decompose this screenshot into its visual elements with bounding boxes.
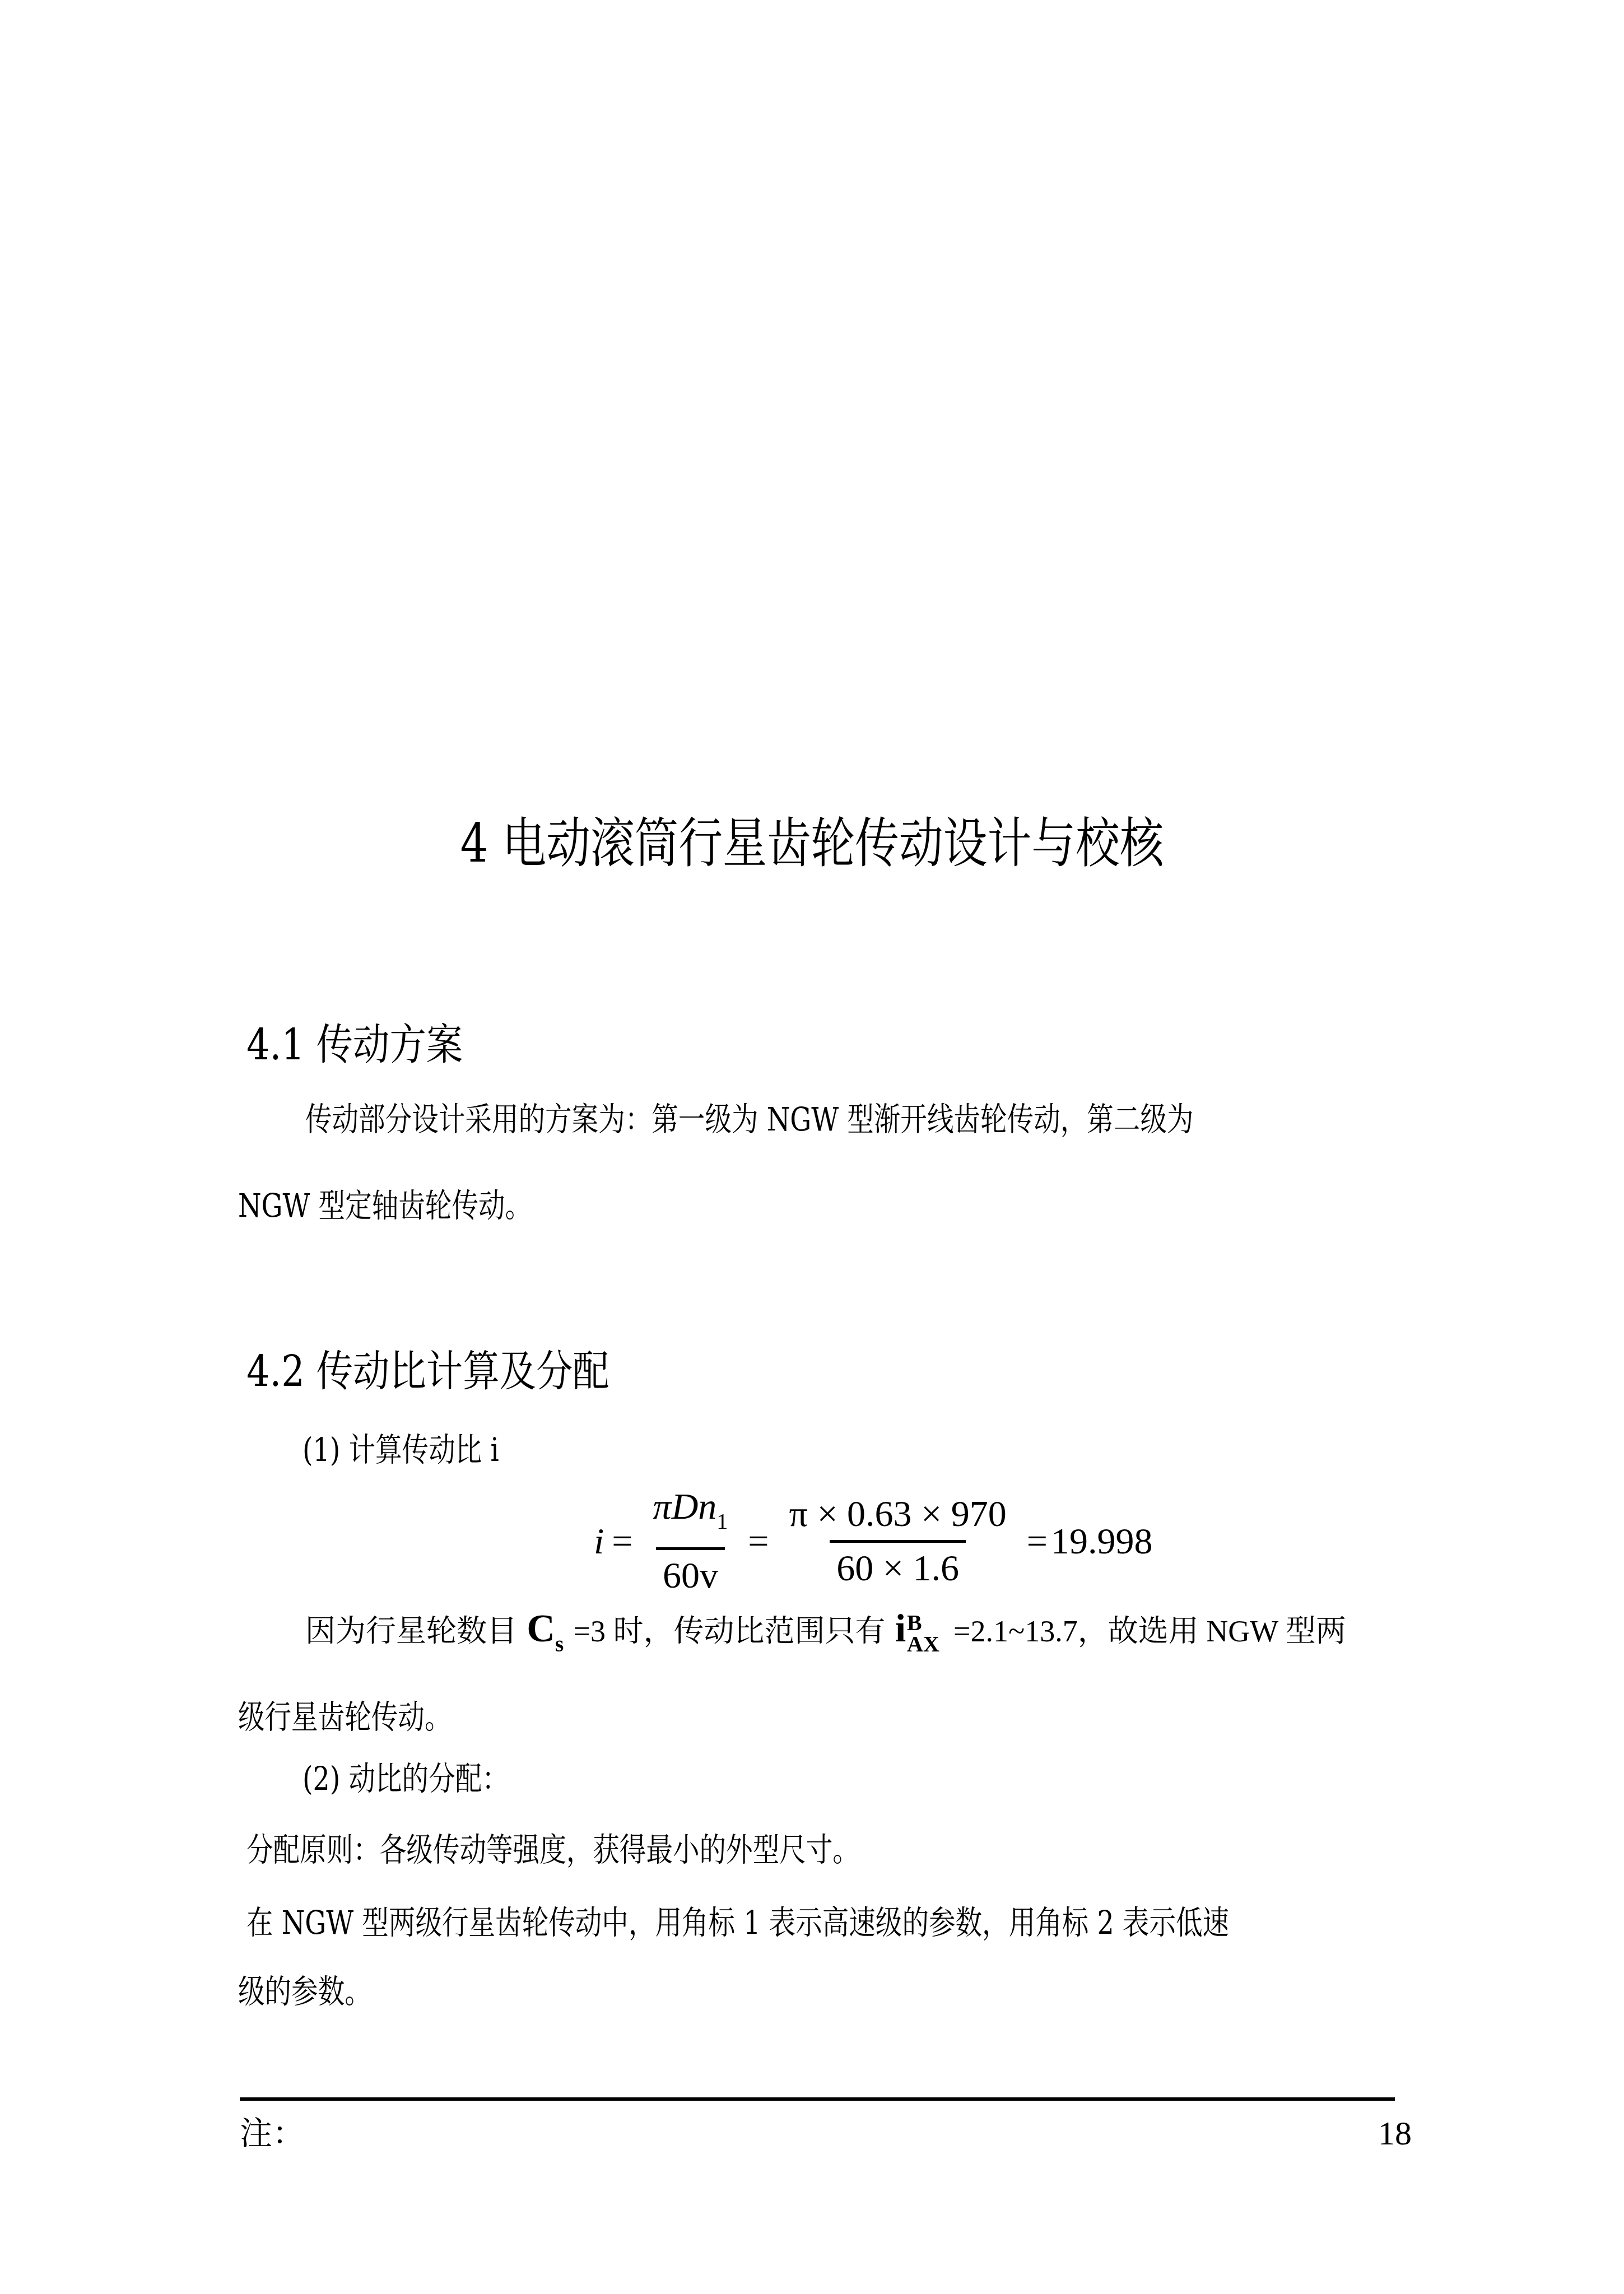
i-subscript: AX: [907, 1634, 939, 1655]
i-superscript: B: [907, 1612, 939, 1634]
formula-equals-2: =: [748, 1519, 769, 1564]
paragraph-scheme-line2: NGW 型定轴齿轮传动。: [238, 1183, 532, 1228]
i-ax-symbol: i: [895, 1607, 906, 1650]
formula-fraction-numeric: π × 0.63 × 970 60 × 1.6: [783, 1492, 1013, 1591]
fraction-denominator-numeric: 60 × 1.6: [830, 1540, 966, 1591]
paragraph-scheme-line1: 传动部分设计采用的方案为：第一级为 NGW 型渐开线齿轮传动，第二级为: [305, 1097, 1194, 1142]
cs-main: C: [527, 1607, 555, 1650]
formula-equals-1: =: [612, 1519, 632, 1564]
fraction-denominator-symbolic: 60v: [656, 1547, 725, 1598]
footer-note-label: 注：: [240, 2111, 305, 2156]
item-2-label: (2) 动比的分配：: [303, 1756, 509, 1801]
fraction-numerator-numeric: π × 0.63 × 970: [783, 1492, 1013, 1540]
text-prefix: 因为行星轮数目: [305, 1613, 517, 1649]
formula-result: 19.998: [1051, 1519, 1153, 1564]
fraction-numerator-symbolic: πDn1: [646, 1485, 735, 1547]
paragraph-planet-count-line2: 级行星齿轮传动。: [238, 1695, 451, 1739]
section-heading-4-2: 4.2 传动比计算及分配: [246, 1343, 609, 1399]
chapter-title: 4 电动滚筒行星齿轮传动设计与校核: [146, 807, 1478, 880]
section-heading-4-1: 4.1 传动方案: [246, 1017, 463, 1073]
pi-symbol: π: [653, 1486, 672, 1527]
paragraph-planet-count-line1: 因为行星轮数目 Cs =3 时，传动比范围只有 iBAX =2.1~13.7，故…: [305, 1607, 1346, 1667]
subscript-1: 1: [716, 1509, 728, 1534]
subscript-note-line1: 在 NGW 型两级行星齿轮传动中，用角标 1 表示高速级的参数，用角标 2 表示…: [246, 1900, 1229, 1945]
i-ax-scripts: BAX: [907, 1612, 939, 1655]
page-number: 18: [1367, 2111, 1412, 2156]
cs-symbol: Cs: [527, 1607, 564, 1650]
allocation-principle: 分配原则：各级传动等强度，获得最小的外型尺寸。: [246, 1827, 859, 1872]
formula-fraction-symbolic: πDn1 60v: [646, 1485, 735, 1598]
transmission-ratio-formula: i = πDn1 60v = π × 0.63 × 970 60 × 1.6 =…: [594, 1485, 1153, 1598]
formula-equals-3: =: [1027, 1519, 1048, 1564]
i-main: i: [895, 1607, 906, 1650]
cs-value-text: =3 时，传动比范围只有: [573, 1614, 885, 1648]
item-1-label: (1) 计算传动比 i: [303, 1427, 499, 1472]
cs-subscript: s: [555, 1631, 564, 1656]
subscript-note-line2: 级的参数。: [238, 1969, 371, 2014]
footer-divider: [240, 2097, 1395, 2101]
symbol-dn: Dn: [672, 1486, 717, 1527]
formula-lhs: i: [594, 1519, 604, 1564]
range-text: =2.1~13.7，故选用 NGW 型两: [953, 1614, 1346, 1648]
